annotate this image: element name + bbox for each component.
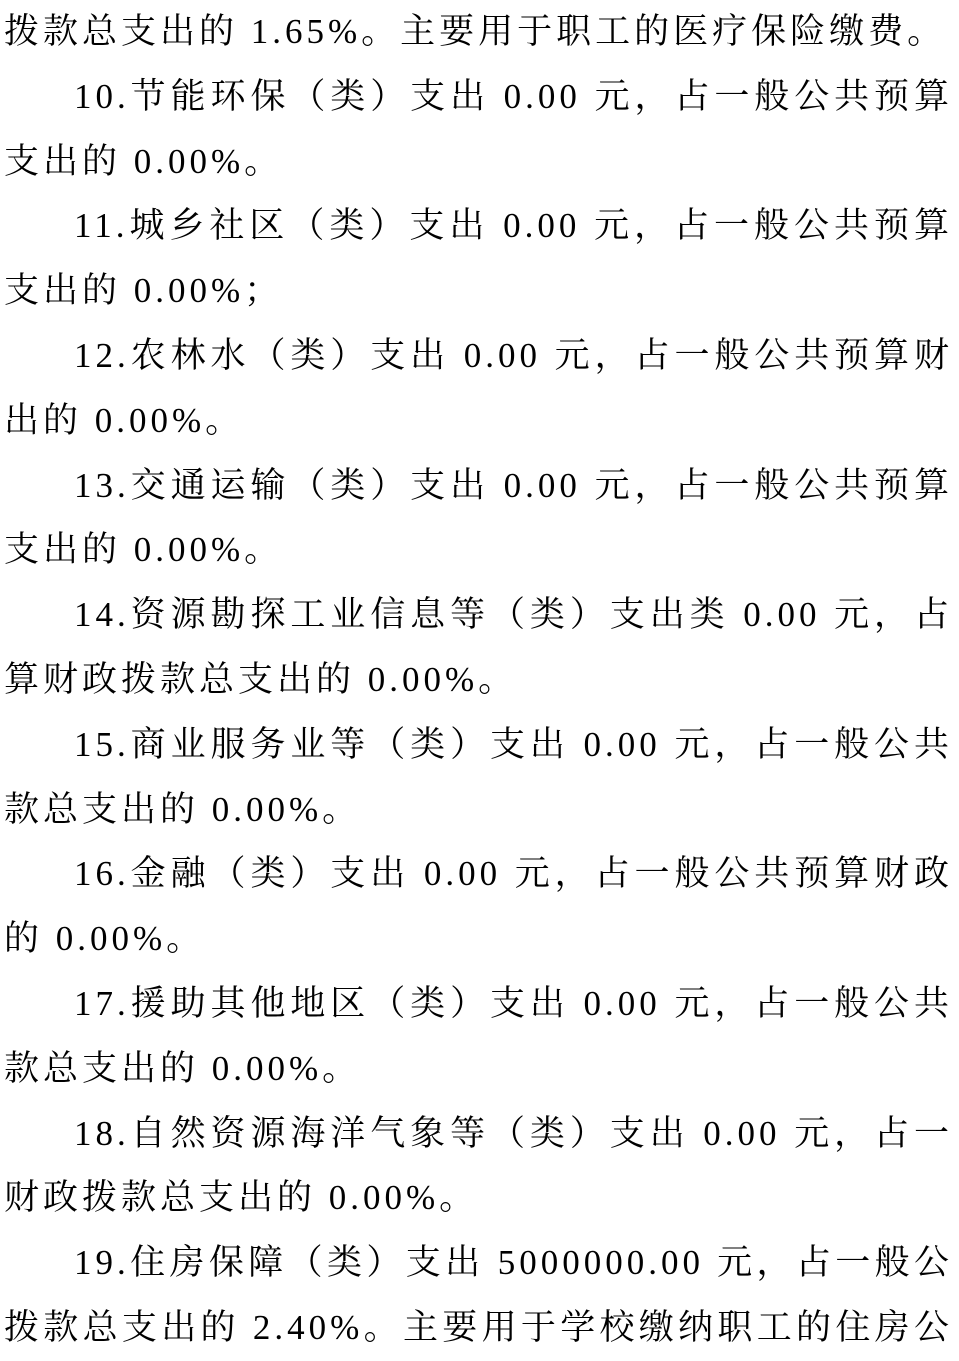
text-line: 14.资源勘探工业信息等（类）支出类 0.00 元，占一般公共预 — [4, 583, 953, 648]
text-line: 10.节能环保（类）支出 0.00 元，占一般公共预算财政拨款总 — [4, 65, 953, 130]
document-page: 拨款总支出的 1.65%。主要用于职工的医疗保险缴费。 10.节能环保（类）支出… — [0, 0, 959, 1361]
text-line: 支出的 0.00%； — [4, 259, 953, 324]
text-line: 12.农林水（类）支出 0.00 元，占一般公共预算财政拨款总支 — [4, 324, 953, 389]
text-line: 19.住房保障（类）支出 5000000.00 元，占一般公共预算财政 — [4, 1231, 953, 1296]
text-line: 支出的 0.00%。 — [4, 518, 953, 583]
text-line: 16.金融（类）支出 0.00 元，占一般公共预算财政拨款总支出 — [4, 842, 953, 907]
text-line: 算财政拨款总支出的 0.00%。 — [4, 648, 953, 713]
text-line: 拨款总支出的 1.65%。主要用于职工的医疗保险缴费。 — [4, 0, 953, 65]
text-line: 18.自然资源海洋气象等（类）支出 0.00 元，占一般公共预算 — [4, 1102, 953, 1167]
text-line: 出的 0.00%。 — [4, 389, 953, 454]
text-line: 支出的 0.00%。 — [4, 130, 953, 195]
text-line: 款总支出的 0.00%。 — [4, 1037, 953, 1102]
text-line: 13.交通运输（类）支出 0.00 元，占一般公共预算财政拨款总 — [4, 454, 953, 519]
text-line: 17.援助其他地区（类）支出 0.00 元，占一般公共预算财政拨 — [4, 972, 953, 1037]
text-line: 的 0.00%。 — [4, 907, 953, 972]
text-line: 拨款总支出的 2.40%。主要用于学校缴纳职工的住房公积金的单位 — [4, 1296, 953, 1361]
text-line: 11.城乡社区（类）支出 0.00 元，占一般公共预算财政拨款总 — [4, 194, 953, 259]
text-line: 款总支出的 0.00%。 — [4, 778, 953, 843]
text-line: 财政拨款总支出的 0.00%。 — [4, 1166, 953, 1231]
text-line: 15.商业服务业等（类）支出 0.00 元，占一般公共预算财政拨 — [4, 713, 953, 778]
